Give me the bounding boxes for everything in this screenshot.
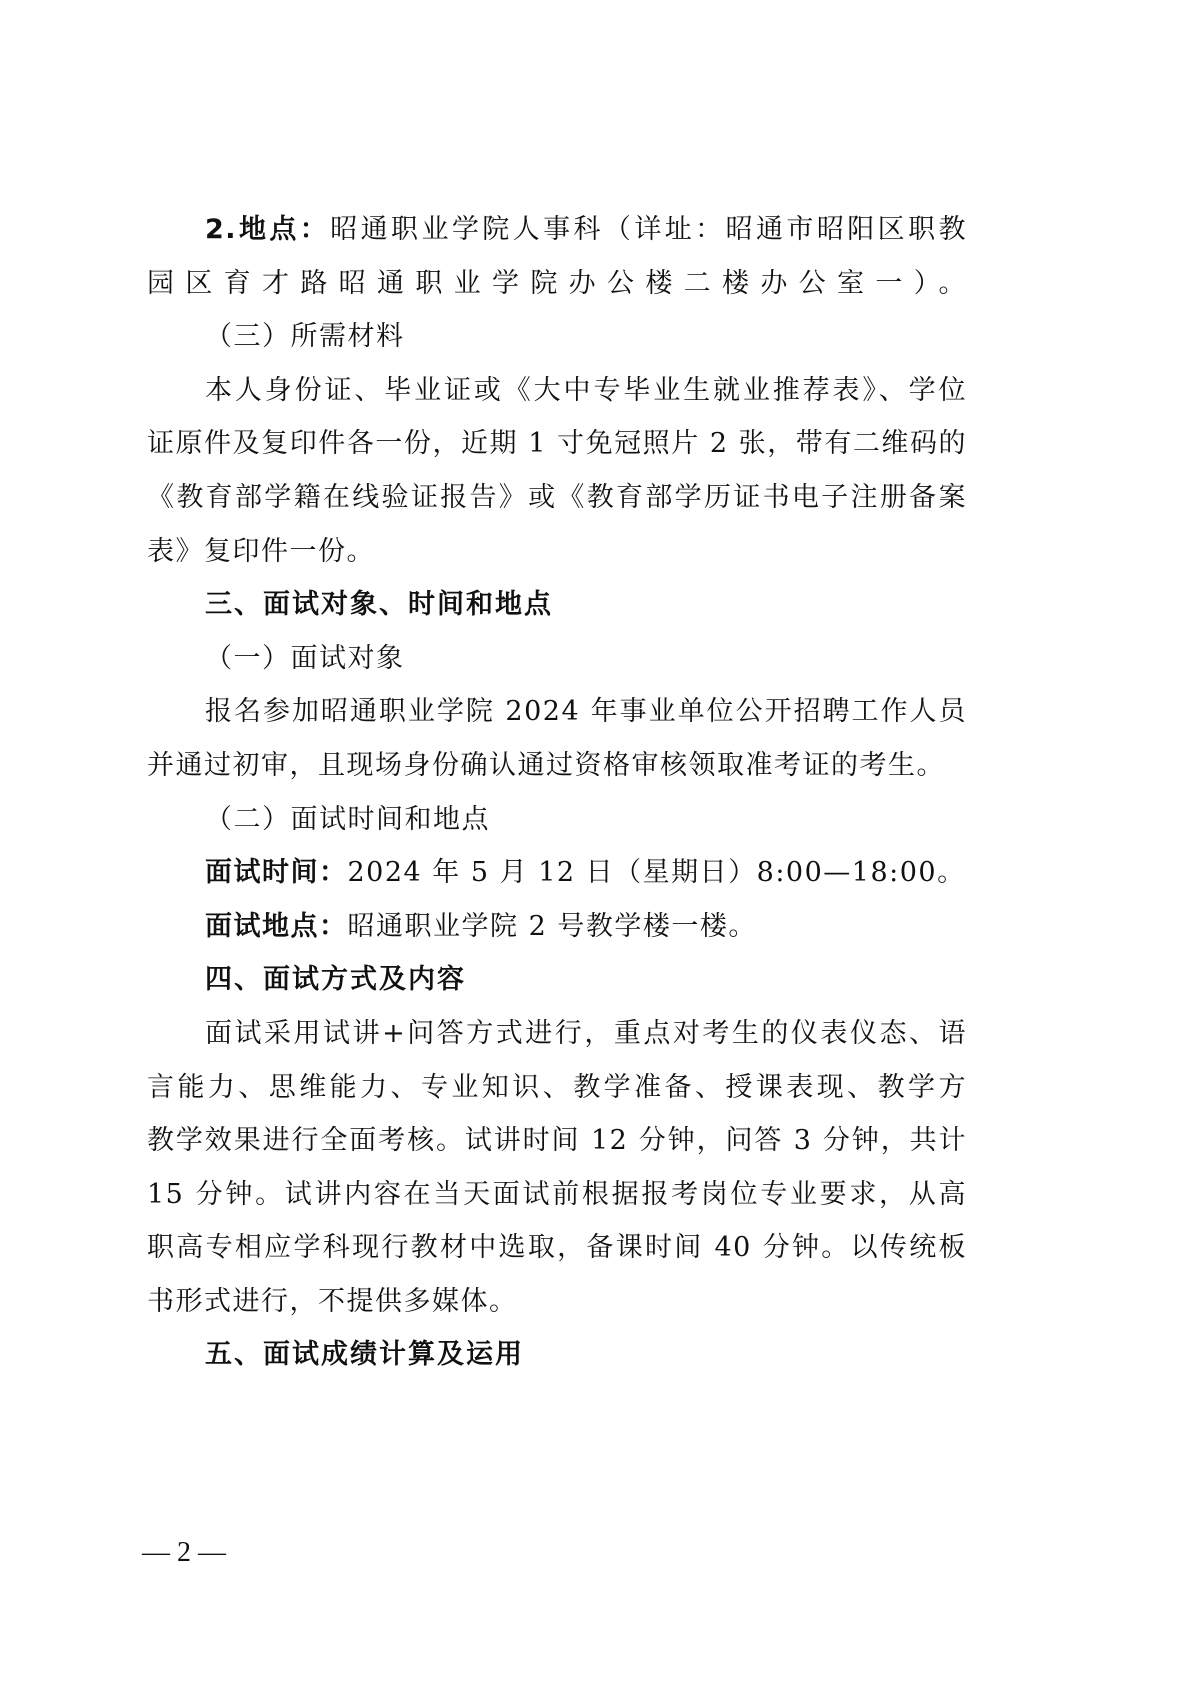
paragraph-materials-line-1: 本人身份证、毕业证或《大中专毕业生就业推荐表》、学位 (147, 364, 967, 418)
document-page: 2.地点：昭通职业学院人事科（详址：昭通市昭阳区职教 园区育才路昭通职业学院办公… (147, 203, 967, 1382)
paragraph-interview-place: 面试地点：昭通职业学院 2 号教学楼一楼。 (147, 900, 967, 954)
paragraph-method-line-3: 教学效果进行全面考核。试讲时间 12 分钟，问答 3 分钟，共计 (147, 1114, 967, 1168)
paragraph-materials-line-3: 《教育部学籍在线验证报告》或《教育部学历证书电子注册备案 (147, 471, 967, 525)
paragraph-materials-line-4: 表》复印件一份。 (147, 525, 967, 579)
paragraph-target-line-2: 并通过初审，且现场身份确认通过资格审核领取准考证的考生。 (147, 739, 967, 793)
paragraph-method-line-6: 书形式进行，不提供多媒体。 (147, 1275, 967, 1329)
interview-time-text: 2024 年 5 月 12 日（星期日）8:00—18:00。 (348, 857, 966, 888)
interview-time-label: 面试时间： (205, 857, 348, 888)
paragraph-method-line-5: 职高专相应学科现行教材中选取，备课时间 40 分钟。以传统板 (147, 1221, 967, 1275)
location-text: 昭通职业学院人事科（详址：昭通市昭阳区职教 (330, 214, 967, 245)
interview-place-text: 昭通职业学院 2 号教学楼一楼。 (348, 911, 757, 942)
page-number: — 2 — (142, 1537, 226, 1569)
subheading-materials: （三）所需材料 (147, 310, 967, 364)
heading-section-4: 四、面试方式及内容 (147, 953, 967, 1007)
paragraph-method-line-1: 面试采用试讲+问答方式进行，重点对考生的仪表仪态、语 (147, 1007, 967, 1061)
subheading-interview-target: （一）面试对象 (147, 632, 967, 686)
paragraph-location-line-2: 园区育才路昭通职业学院办公楼二楼办公室一）。 (147, 257, 967, 311)
subheading-interview-time-place: （二）面试时间和地点 (147, 793, 967, 847)
paragraph-method-line-4: 15 分钟。试讲内容在当天面试前根据报考岗位专业要求，从高 (147, 1168, 967, 1222)
paragraph-location-line-1: 2.地点：昭通职业学院人事科（详址：昭通市昭阳区职教 (147, 203, 967, 257)
paragraph-target-line-1: 报名参加昭通职业学院 2024 年事业单位公开招聘工作人员 (147, 685, 967, 739)
heading-section-3: 三、面试对象、时间和地点 (147, 578, 967, 632)
paragraph-interview-time: 面试时间：2024 年 5 月 12 日（星期日）8:00—18:00。 (147, 846, 967, 900)
paragraph-method-line-2: 言能力、思维能力、专业知识、教学准备、授课表现、教学方法、 (147, 1061, 967, 1115)
interview-place-label: 面试地点： (205, 911, 348, 942)
heading-section-5: 五、面试成绩计算及运用 (147, 1328, 967, 1382)
paragraph-materials-line-2: 证原件及复印件各一份，近期 1 寸免冠照片 2 张，带有二维码的 (147, 417, 967, 471)
location-label: 2.地点： (205, 214, 330, 245)
